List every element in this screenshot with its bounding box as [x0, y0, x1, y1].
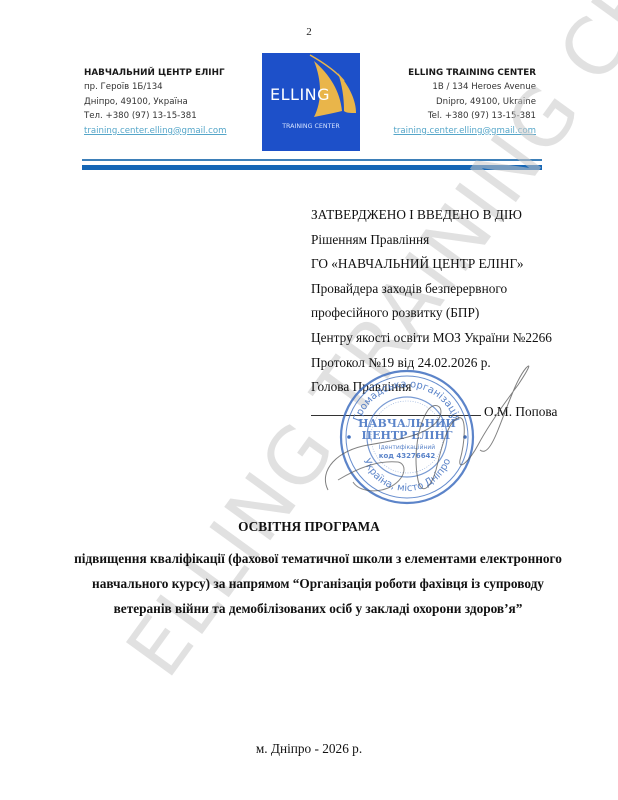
- logo-subtitle: TRAINING CENTER: [262, 123, 360, 130]
- logo-word: ELLING: [270, 85, 330, 104]
- email-link-ua[interactable]: training.center.elling@gmail.com: [84, 124, 227, 138]
- program-title: ОСВІТНЯ ПРОГРАМА: [0, 519, 618, 535]
- approval-line: Рішенням Правління: [311, 228, 557, 253]
- subtitle-line: ветеранів війни та демобілізованих осіб …: [40, 596, 596, 621]
- approval-line: професійного розвитку (БПР): [311, 301, 557, 326]
- program-subtitle: підвищення кваліфікації (фахової тематич…: [40, 546, 596, 621]
- org-name-ua: НАВЧАЛЬНИЙ ЦЕНТР ЕЛІНГ: [84, 66, 227, 80]
- address-line-2-ua: Дніпро, 49100, Україна: [84, 95, 227, 109]
- subtitle-line: підвищення кваліфікації (фахової тематич…: [40, 546, 596, 571]
- approval-line: Провайдера заходів безперервного: [311, 277, 557, 302]
- phone-ua: Тел. +380 (97) 13-15-381: [84, 109, 227, 123]
- subtitle-line: навчального курсу) за напрямом “Організа…: [40, 571, 596, 596]
- handwritten-signature-icon: [318, 350, 558, 510]
- approval-line: ЗАТВЕРДЖЕНО І ВВЕДЕНО В ДІЮ: [311, 203, 557, 228]
- approval-line: Центру якості освіти МОЗ України №2266: [311, 326, 557, 351]
- address-line-1-ua: пр. Героїв 1Б/134: [84, 80, 227, 94]
- approval-line: ГО «НАВЧАЛЬНИЙ ЦЕНТР ЕЛІНГ»: [311, 252, 557, 277]
- elling-logo: ELLING TRAINING CENTER: [262, 53, 360, 151]
- page-number: 2: [0, 26, 618, 38]
- letterhead-left: НАВЧАЛЬНИЙ ЦЕНТР ЕЛІНГ пр. Героїв 1Б/134…: [84, 66, 227, 138]
- city-year: м. Дніпро - 2026 р.: [0, 741, 618, 757]
- org-name-en: ELLING TRAINING CENTER: [393, 66, 536, 80]
